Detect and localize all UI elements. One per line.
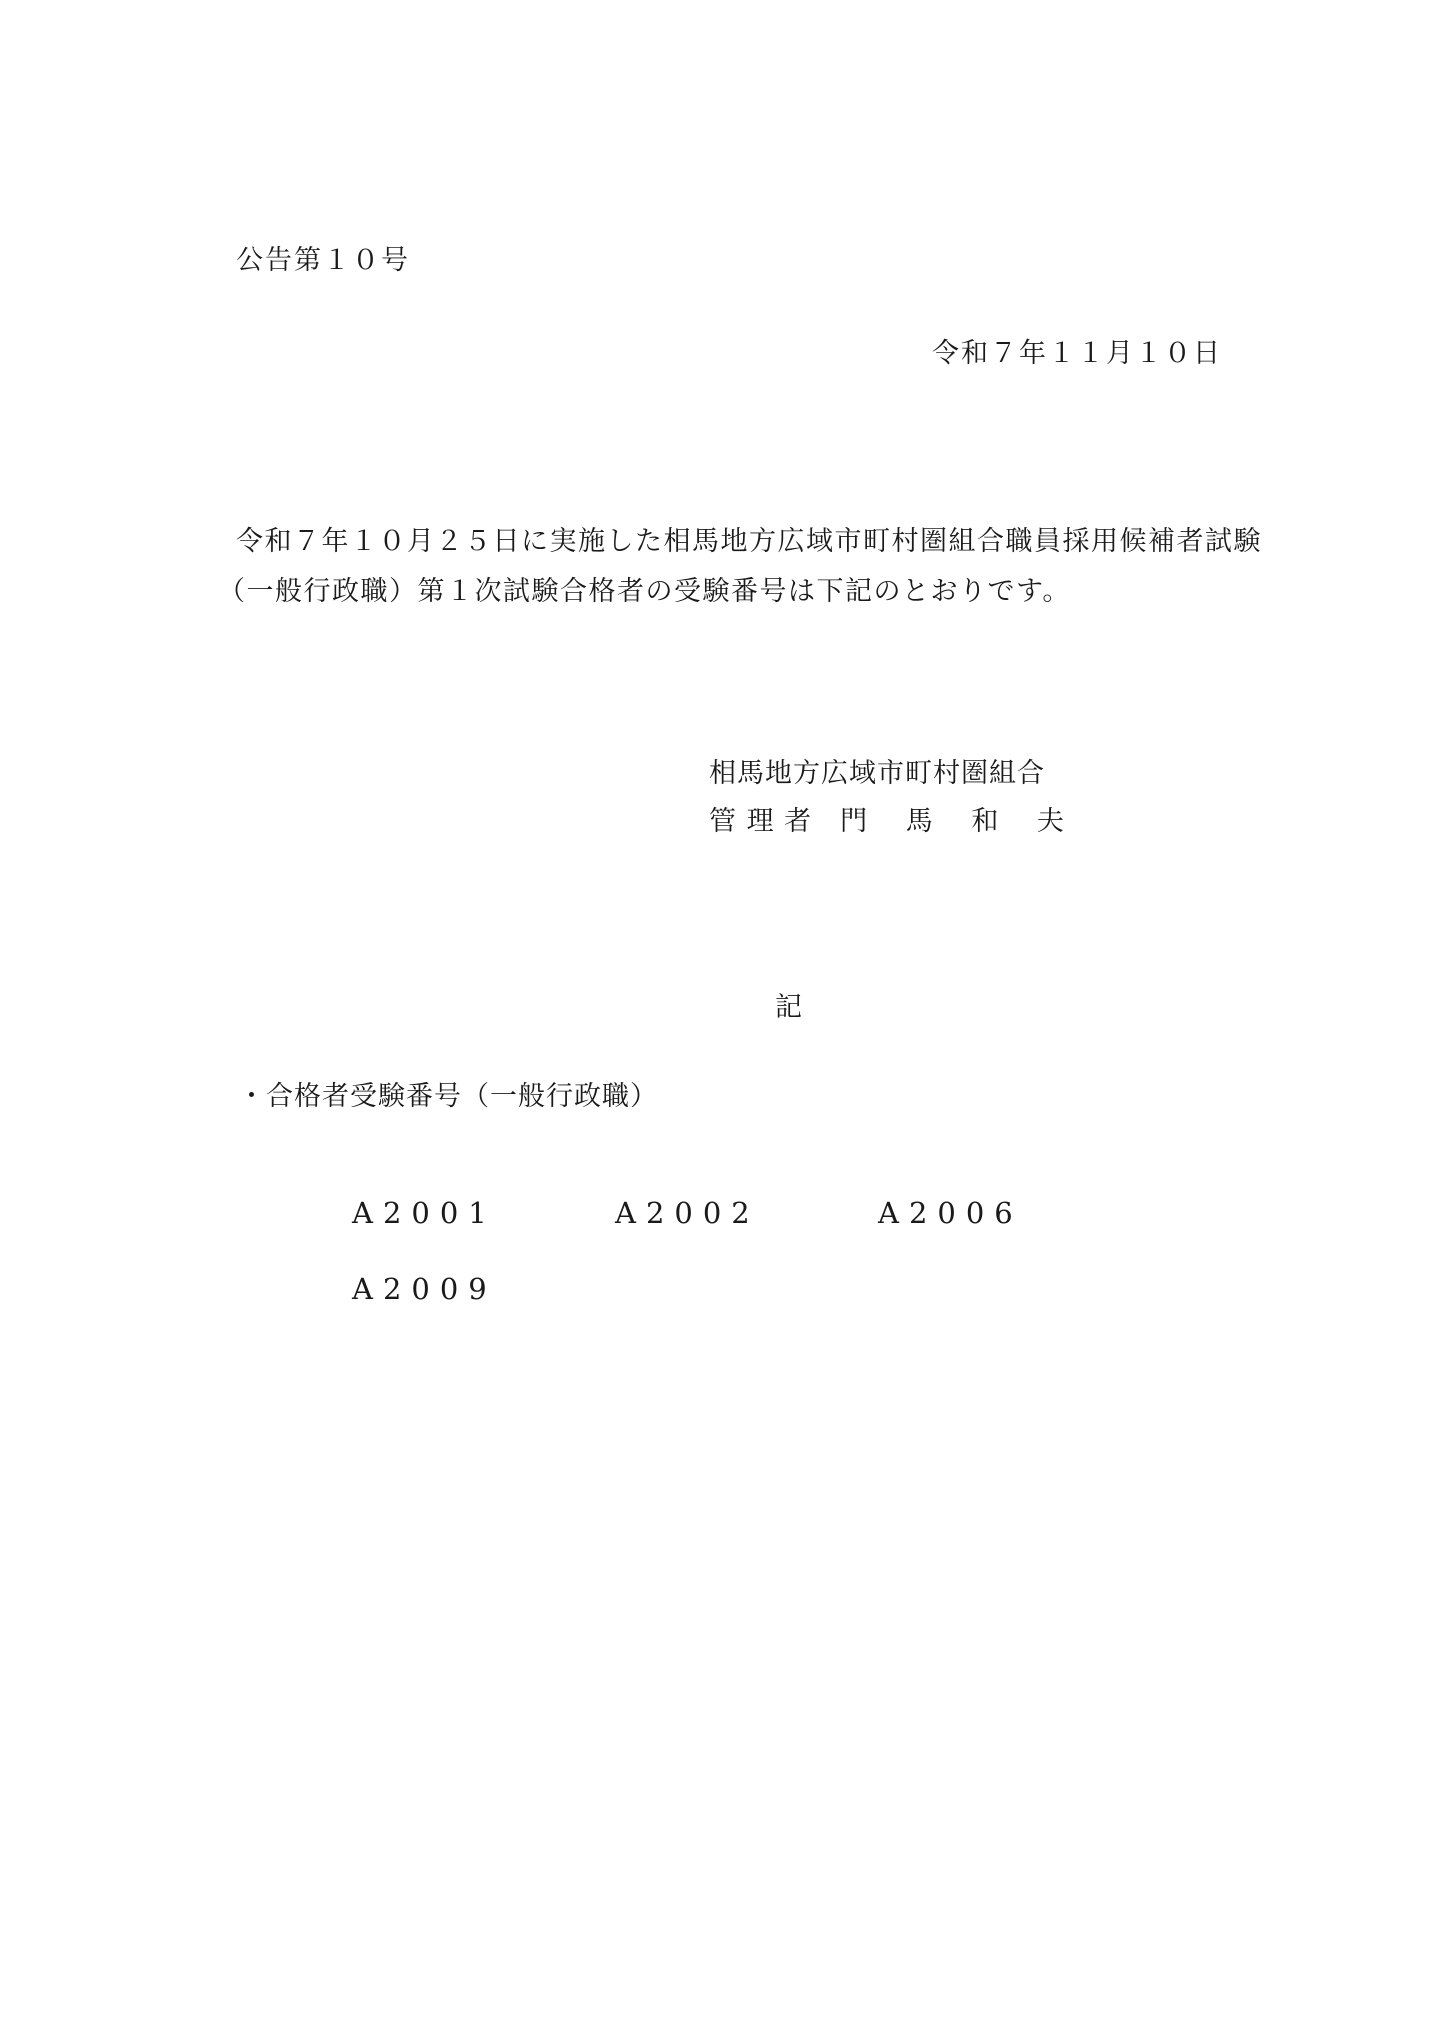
- exam-number: A2002: [615, 1196, 760, 1230]
- exam-number: A2006: [878, 1196, 1023, 1230]
- passed-list-heading: ・合格者受験番号（一般行政職）: [238, 1083, 658, 1110]
- exam-number: A2001: [352, 1196, 497, 1230]
- body-text-line-1: 令和７年１０月２５日に実施した相馬地方広域市町村圏組合職員採用候補者試験: [236, 528, 1262, 555]
- issuer-organization: 相馬地方広域市町村圏組合: [709, 760, 1045, 787]
- issuer-name: 管 理 者 門 馬 和 夫: [709, 808, 1065, 835]
- body-text-line-2: （一般行政職）第１次試験合格者の受験番号は下記のとおりです。: [218, 578, 1071, 605]
- exam-number: A2009: [352, 1272, 497, 1306]
- notice-number: 公告第１０号: [236, 247, 410, 274]
- record-heading: 記: [775, 994, 802, 1021]
- notice-date: 令和７年１１月１０日: [932, 340, 1222, 367]
